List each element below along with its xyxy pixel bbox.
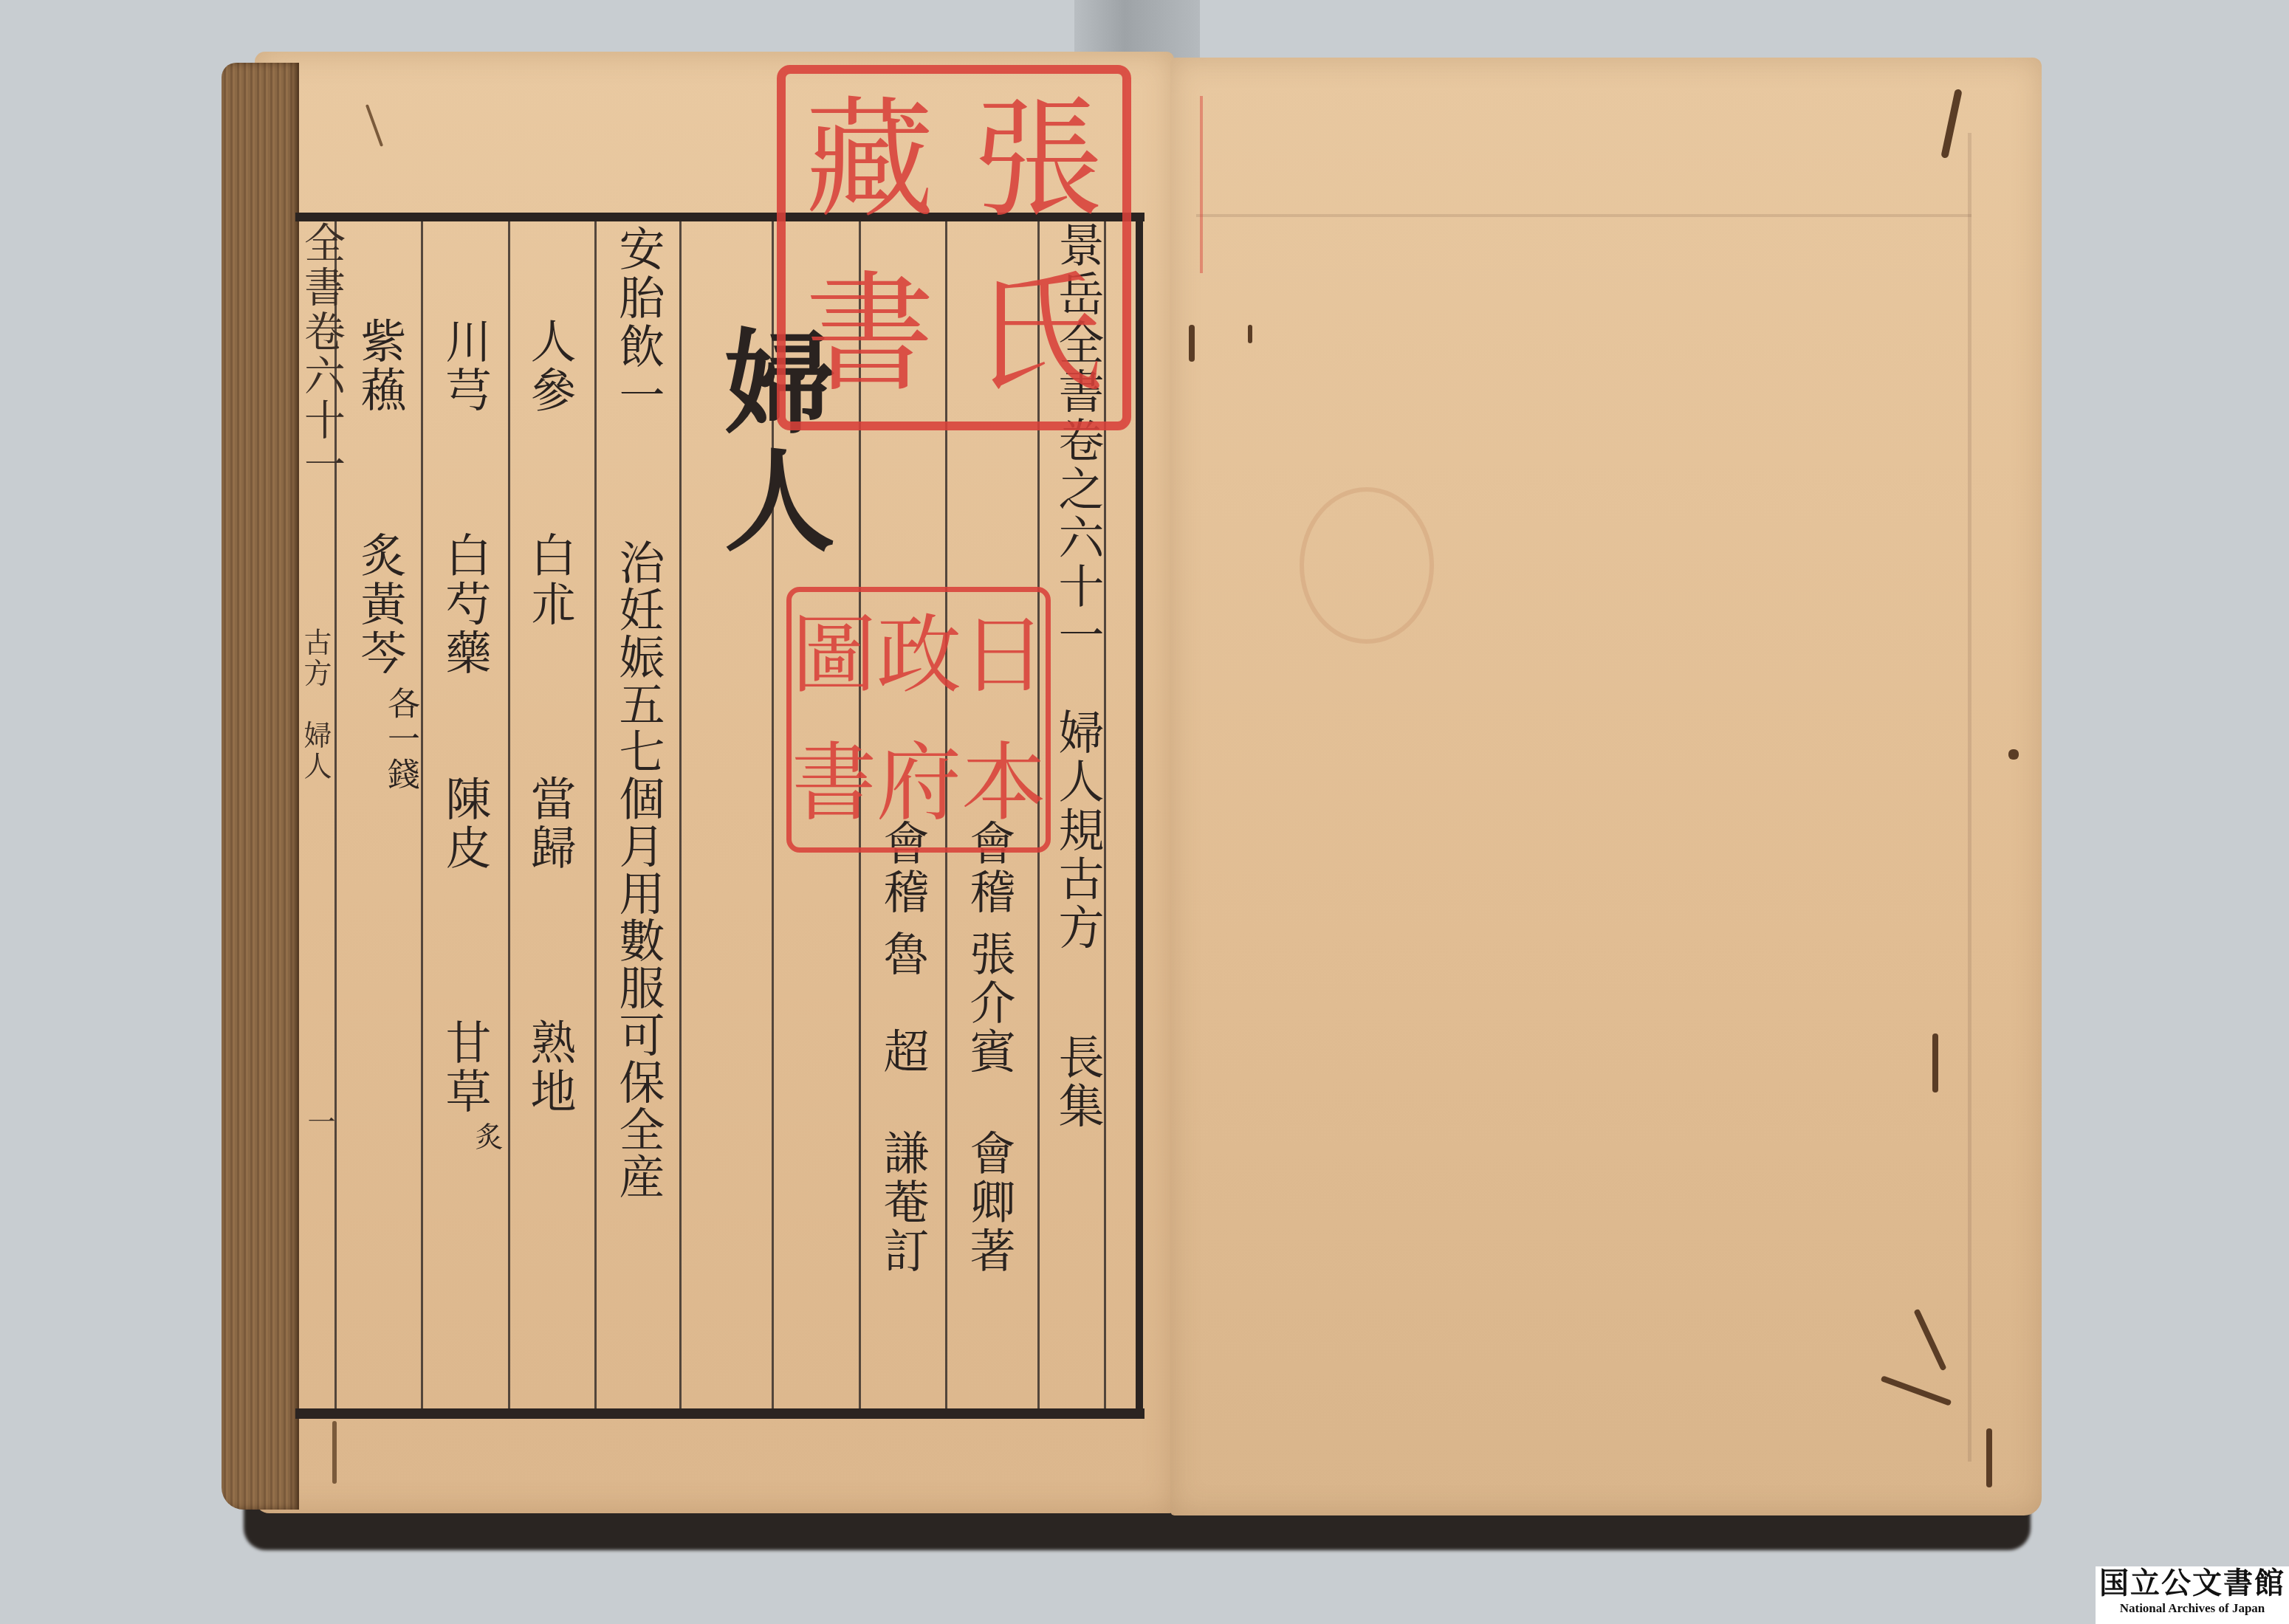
book-fore-edge <box>222 63 299 1510</box>
seal-character: 張 <box>954 74 1122 248</box>
dosage-note: 各一錢 <box>377 687 424 793</box>
ingredient: 川芎 <box>432 317 498 415</box>
seal-character: 本 <box>961 720 1046 847</box>
seal-character: 氏 <box>954 248 1122 422</box>
seal-offset-mark <box>1200 96 1203 273</box>
seal-character: 書 <box>792 720 876 847</box>
seal-character: 圖 <box>792 592 876 720</box>
ingredient: 白朮 <box>517 531 583 629</box>
wormhole <box>1248 325 1252 343</box>
column-rule <box>508 221 510 1408</box>
recipe-name: 安胎飲一 <box>605 225 671 420</box>
column-rule <box>594 221 597 1408</box>
show-through-rule <box>1968 133 1971 1462</box>
spine-margin-title: 全書卷六十一 <box>292 221 351 487</box>
ingredient: 熟地 <box>517 1019 583 1116</box>
spine-margin-page-number: 一 <box>299 1107 340 1138</box>
ingredient: 當歸 <box>517 775 583 873</box>
ingredient: 甘草 <box>432 1019 498 1116</box>
book-title-suffix: 長集 <box>1045 1033 1111 1131</box>
author-style-1: 會卿著 <box>956 1129 1022 1276</box>
seal-character: 政 <box>876 592 961 720</box>
column-rule <box>679 221 682 1408</box>
author-style-2: 謙菴訂 <box>870 1129 936 1276</box>
logo-japanese-text: 国立公文書館 <box>2096 1566 2289 1600</box>
show-through-rule <box>1196 214 1971 217</box>
wormhole <box>2008 749 2019 760</box>
government-library-seal: 日 本 政 府 圖 書 <box>786 587 1051 853</box>
seal-character: 日 <box>961 592 1046 720</box>
spine-margin-section: 古方 婦人 <box>295 627 336 782</box>
ingredient: 白芍藥 <box>432 531 498 678</box>
frame-bottom-border <box>295 1408 1144 1419</box>
wormhole <box>1986 1428 1992 1487</box>
ingredient: 炙黃芩 <box>347 531 413 678</box>
logo-english-text: National Archives of Japan <box>2096 1600 2289 1617</box>
ingredient-note: 炙 <box>467 1122 507 1153</box>
seal-character: 府 <box>876 720 961 847</box>
author-name-2: 魯 超 <box>870 930 936 1076</box>
ingredient: 人參 <box>517 317 583 415</box>
seal-character: 書 <box>786 248 954 422</box>
wormhole <box>1932 1033 1938 1093</box>
water-stain <box>1300 487 1434 644</box>
frame-right-border <box>1136 213 1143 1419</box>
column-rule <box>421 221 423 1408</box>
national-archives-logo: 国立公文書館 National Archives of Japan <box>2096 1566 2289 1624</box>
seal-character: 藏 <box>786 74 954 248</box>
right-page-blank <box>1170 58 2042 1515</box>
wormhole <box>332 1421 337 1484</box>
collector-seal-upper: 張 藏 氏 書 <box>777 65 1131 430</box>
ingredient: 紫蘓 <box>347 317 413 415</box>
author-name-1: 張介賓 <box>956 930 1022 1076</box>
recipe-description: 治妊娠五七個月用數服可保全産 <box>605 539 671 1200</box>
wormhole <box>1189 325 1195 362</box>
ingredient: 陳皮 <box>432 775 498 873</box>
